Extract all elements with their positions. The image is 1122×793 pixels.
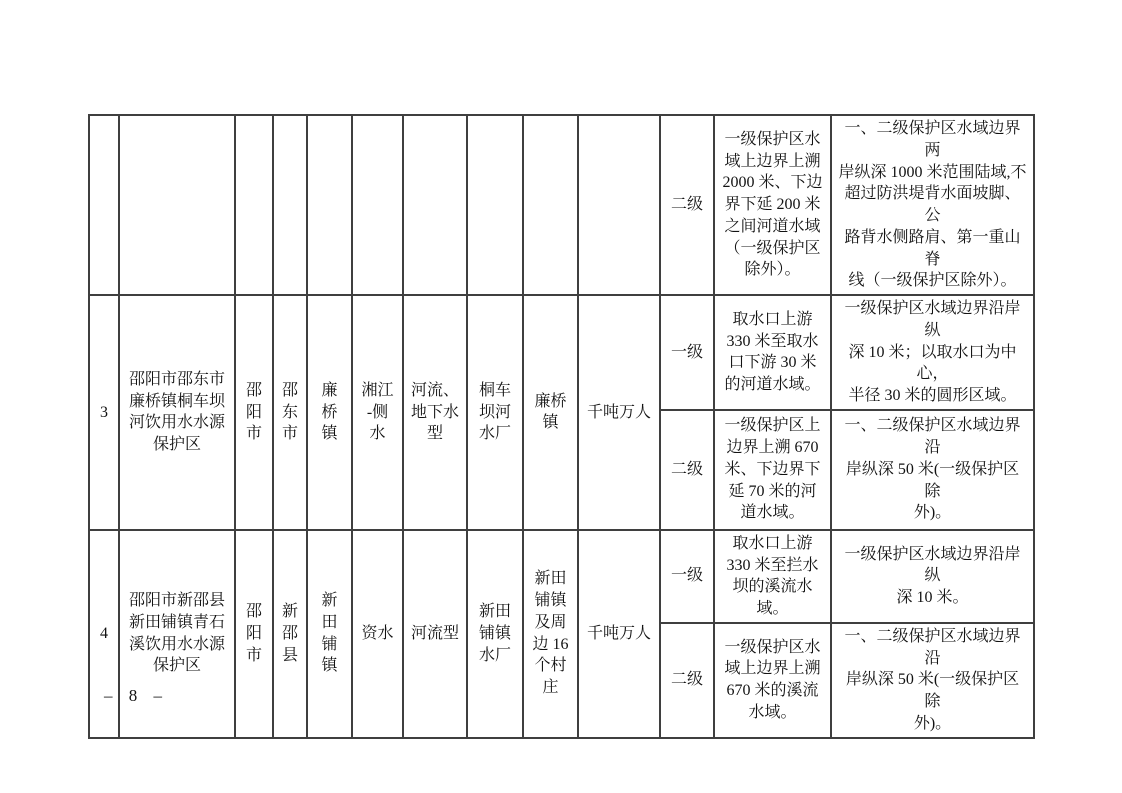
cell-supply-area: 廉桥 镇 — [523, 295, 578, 530]
empty-cell — [235, 115, 273, 295]
cell-water-area: 取水口上游 330 米至取水 口下游 30 米 的河道水域。 — [714, 295, 831, 410]
cell-no: 3 — [89, 295, 119, 530]
cell-city: 邵 阳 市 — [235, 295, 273, 530]
cell-supply-area: 新田 铺镇 及周 边 16 个村 庄 — [523, 530, 578, 738]
cell-type: 河流、 地下水 型 — [403, 295, 467, 530]
cell-plant: 新田 铺镇 水厂 — [467, 530, 523, 738]
cell-land-area: 一、二级保护区水域边界沿 岸纵深 50 米(一级保护区除 外)。 — [831, 623, 1034, 738]
cell-town: 新 田 铺 镇 — [307, 530, 352, 738]
empty-cell — [273, 115, 307, 295]
cell-water-area: 一级保护区上 边界上溯 670 米、下边界下 延 70 米的河 道水域。 — [714, 410, 831, 530]
cell-land-area: 一、二级保护区水域边界沿 岸纵深 50 米(一级保护区除 外)。 — [831, 410, 1034, 530]
table-row-continuation: 二级 一级保护区水 域上边界上溯 2000 米、下边 界下延 200 米 之间河… — [89, 115, 1034, 295]
cell-river: 资水 — [352, 530, 403, 738]
cell-level: 二级 — [660, 623, 714, 738]
cell-level: 一级 — [660, 530, 714, 623]
cell-level: 一级 — [660, 295, 714, 410]
cell-scale: 千吨万人 — [578, 295, 660, 530]
cell-level: 二级 — [660, 115, 714, 295]
cell-river: 湘江 -侧 水 — [352, 295, 403, 530]
empty-cell — [403, 115, 467, 295]
cell-water-area: 一级保护区水 域上边界上溯 2000 米、下边 界下延 200 米 之间河道水域… — [714, 115, 831, 295]
page-number: – 8 – — [104, 686, 168, 706]
cell-no: 4 — [89, 530, 119, 738]
cell-name: 邵阳市新邵县 新田铺镇青石 溪饮用水水源 保护区 — [119, 530, 235, 738]
table-row-3-level-1: 3 邵阳市邵东市 廉桥镇桐车坝 河饮用水水源 保护区 邵 阳 市 邵 东 市 廉… — [89, 295, 1034, 410]
empty-cell — [307, 115, 352, 295]
empty-cell — [578, 115, 660, 295]
cell-water-area: 取水口上游 330 米至拦水 坝的溪流水 域。 — [714, 530, 831, 623]
cell-scale: 千吨万人 — [578, 530, 660, 738]
document-page: 二级 一级保护区水 域上边界上溯 2000 米、下边 界下延 200 米 之间河… — [0, 0, 1122, 793]
cell-water-area: 一级保护区水 域上边界上溯 670 米的溪流 水域。 — [714, 623, 831, 738]
cell-city: 邵 阳 市 — [235, 530, 273, 738]
empty-cell — [119, 115, 235, 295]
cell-county: 新 邵 县 — [273, 530, 307, 738]
cell-name: 邵阳市邵东市 廉桥镇桐车坝 河饮用水水源 保护区 — [119, 295, 235, 530]
empty-cell — [89, 115, 119, 295]
protection-zone-table: 二级 一级保护区水 域上边界上溯 2000 米、下边 界下延 200 米 之间河… — [88, 114, 1035, 739]
cell-land-area: 一、二级保护区水域边界两 岸纵深 1000 米范围陆域,不 超过防洪堤背水面坡脚… — [831, 115, 1034, 295]
cell-county: 邵 东 市 — [273, 295, 307, 530]
cell-town: 廉 桥 镇 — [307, 295, 352, 530]
table-row-4-level-1: 4 邵阳市新邵县 新田铺镇青石 溪饮用水水源 保护区 邵 阳 市 新 邵 县 新… — [89, 530, 1034, 623]
cell-land-area: 一级保护区水域边界沿岸纵 深 10 米；以取水口为中心， 半径 30 米的圆形区… — [831, 295, 1034, 410]
empty-cell — [523, 115, 578, 295]
cell-type: 河流型 — [403, 530, 467, 738]
empty-cell — [467, 115, 523, 295]
cell-land-area: 一级保护区水域边界沿岸纵 深 10 米。 — [831, 530, 1034, 623]
cell-plant: 桐车 坝河 水厂 — [467, 295, 523, 530]
cell-level: 二级 — [660, 410, 714, 530]
empty-cell — [352, 115, 403, 295]
